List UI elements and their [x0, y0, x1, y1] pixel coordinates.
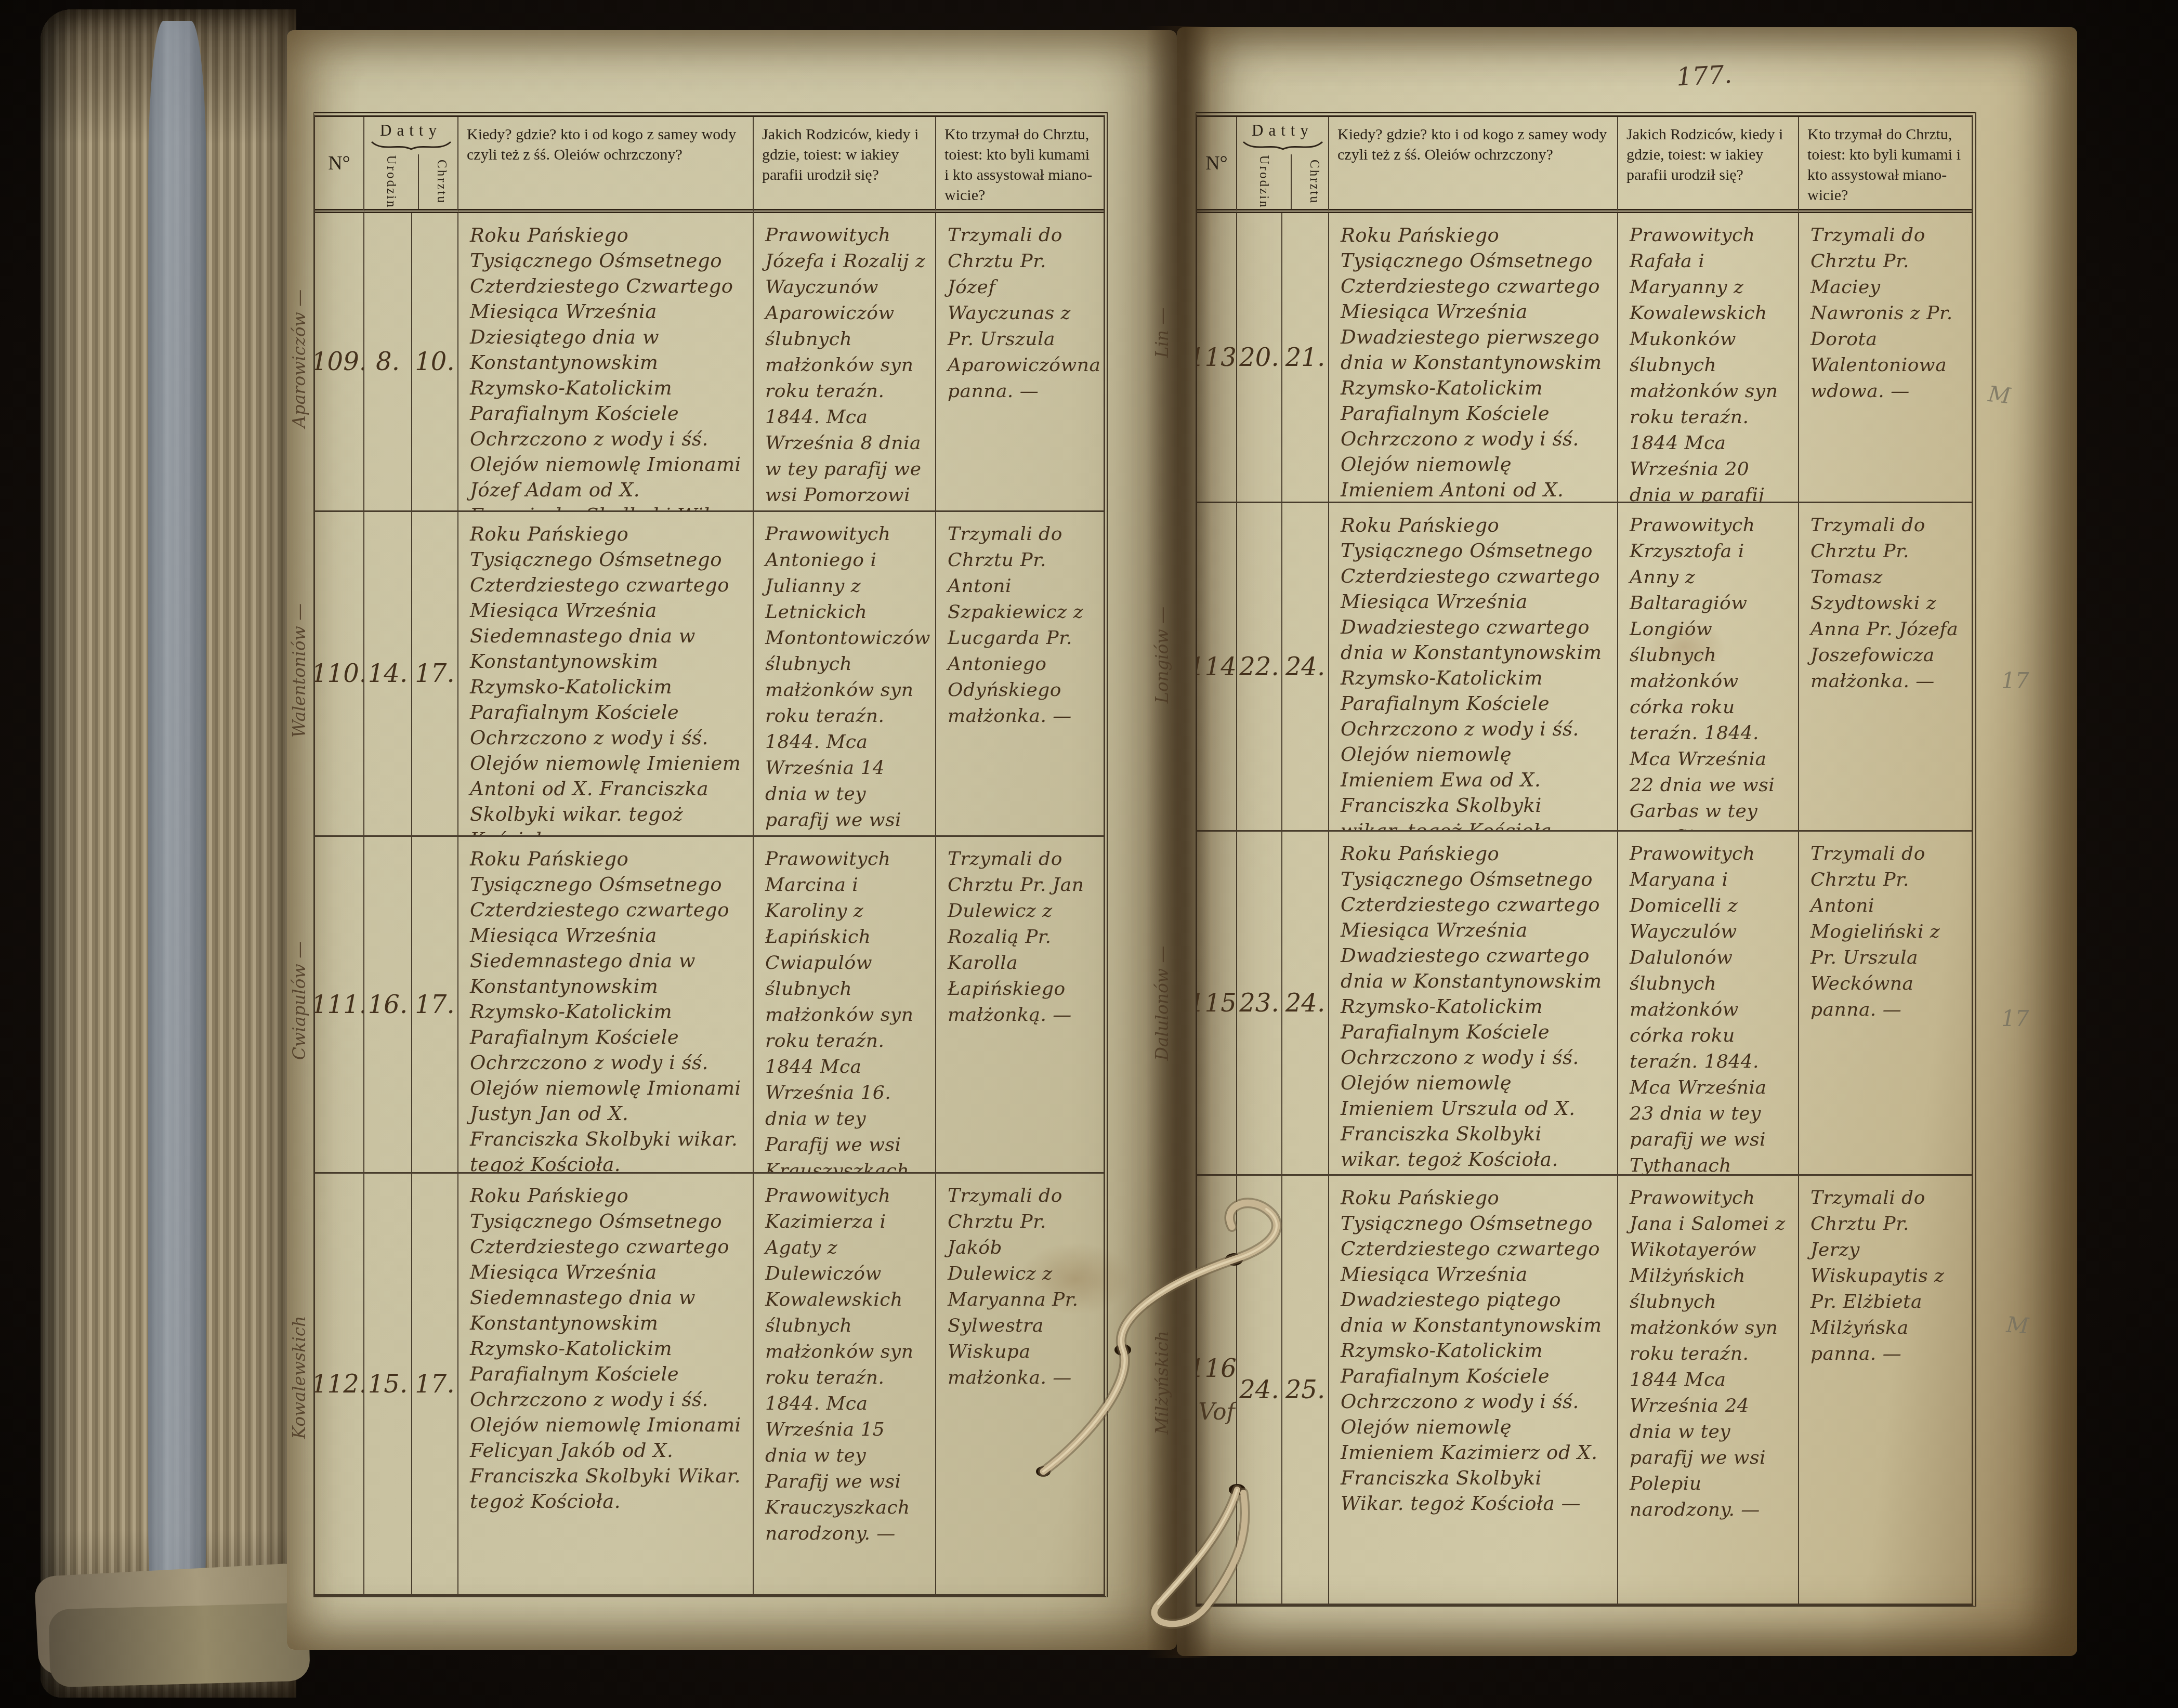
table-row-109-born: 8. — [364, 213, 412, 512]
parents-record: Prawowitych Rafała i Maryanny z Kowalews… — [1630, 222, 1789, 503]
pencil-mark: 17 — [2001, 668, 2029, 693]
header-parents-column: Jakich Rodziców, kiedy i gdzie, toiest: … — [1618, 117, 1799, 213]
table-row-109-no: 109. — [315, 213, 364, 512]
folio-number: 177. — [1676, 60, 1733, 92]
table-row-110-born: 14. — [364, 512, 412, 837]
birth-day: 22. — [1239, 652, 1279, 681]
pencil-mark: M — [1987, 381, 2012, 409]
table-row-113-baptized: 21. — [1282, 213, 1329, 503]
margin-note: Cwiapulów — — [289, 941, 309, 1060]
table-row-109-baptism: Roku Pańskiego Tysiącznego Ośmsetnego Cz… — [458, 213, 754, 512]
margin-note: Dalulonów — — [1152, 945, 1172, 1060]
entry-number: 114. — [1197, 652, 1237, 681]
table-row-116-born: 24. — [1237, 1176, 1282, 1605]
margin-note: Longiów — — [1152, 607, 1172, 703]
baptism-day: 25. — [1285, 1375, 1325, 1404]
entry-number: 110. — [315, 659, 364, 688]
header-datty: Datty Urodzin Chrztu — [1237, 117, 1329, 213]
margin-note: Aparowiczów — — [289, 290, 309, 428]
godparents-record: Trzymali do Chrztu Pr. Jakób Dulewicz z … — [948, 1183, 1094, 1391]
table-row-112-no: 112. — [315, 1174, 364, 1596]
entry-number: 112. — [315, 1370, 364, 1399]
table-row-115-godparents: Trzymali do Chrztu Pr. Antoni Mogielińsk… — [1799, 832, 1972, 1176]
register-table-right: N° Datty Urodzin Chrztu Kiedy? gdzie? kt… — [1196, 112, 1976, 1607]
header-baptism-column: Kiedy? gdzie? kto i od kogo z sa­mey wod… — [458, 117, 754, 213]
datty-label: Datty — [1252, 121, 1314, 140]
header-chrztu-label: Chrztu — [434, 159, 449, 204]
header-no: N° — [315, 117, 364, 213]
header-urodzin-label: Urodzin — [1256, 155, 1271, 208]
entry-number: 109. — [315, 347, 364, 376]
page-edge-blue-band — [148, 21, 206, 1674]
table-row-116-baptism: Roku Pańskiego Tysiącznego Ośmsetnego Cz… — [1329, 1176, 1618, 1605]
table-row-111-godparents: Trzymali do Chrztu Pr. Jan Dulewicz z Ro… — [936, 837, 1104, 1174]
entry-number: 116. — [1197, 1354, 1237, 1383]
table-row-109-baptized: 10. — [412, 213, 458, 512]
header-chrztu: Chrztu — [1291, 154, 1329, 209]
baptism-record: Roku Pańskiego Tysiącznego Ośmsetnego Cz… — [1341, 1185, 1608, 1516]
register-book-scan: 177. N° Datty Urodzin Chrztu Kiedy? gdzi… — [0, 0, 2178, 1708]
baptism-day: 24. — [1285, 989, 1325, 1018]
datty-title: Datty — [1237, 117, 1328, 154]
table-row-112-baptism: Roku Pańskiego Tysiącznego Ośmsetnego Cz… — [458, 1174, 754, 1596]
table-row-111-no: 111. — [315, 837, 364, 1174]
baptism-record: Roku Pańskiego Tysiącznego Ośmsetnego Cz… — [1341, 513, 1608, 832]
baptism-record: Roku Pańskiego Tysiącznego Ośmsetnego Cz… — [470, 1183, 743, 1514]
baptism-day: 10. — [415, 347, 454, 376]
table-row-115-baptism: Roku Pańskiego Tysiącznego Ośmsetnego Cz… — [1329, 832, 1618, 1176]
table-row-111-baptized: 17. — [412, 837, 458, 1174]
table-row-112-baptized: 17. — [412, 1174, 458, 1596]
table-row-111-parents: Prawowitych Marcina i Karoliny z Łapińsk… — [754, 837, 936, 1174]
godparents-record: Trzymali do Chrztu Pr. Józef Wayczunas z… — [948, 222, 1094, 404]
godparents-record: Trzymali do Chrztu Pr. Jan Dulewicz z Ro… — [948, 846, 1094, 1028]
table-row-115-baptized: 24. — [1282, 832, 1329, 1176]
header-urodzin: Urodzin — [364, 154, 418, 209]
parents-record: Prawowitych Antoniego i Julianny z Letni… — [765, 521, 926, 837]
birth-day: 16. — [368, 990, 408, 1019]
baptism-record: Roku Pańskiego Tysiącznego Ośmsetnego Cz… — [1341, 222, 1608, 503]
baptism-day: 24. — [1285, 652, 1325, 681]
table-row-113-parents: Prawowitych Rafała i Maryanny z Kowalews… — [1618, 213, 1799, 503]
table-row-114-no: 114. — [1197, 503, 1237, 832]
table-row-113-baptism: Roku Pańskiego Tysiącznego Ośmsetnego Cz… — [1329, 213, 1618, 503]
entry-number: 111. — [315, 990, 364, 1019]
baptism-record: Roku Pańskiego Tysiącznego Ośmsetnego Cz… — [1341, 841, 1608, 1172]
table-row-115-no: 115. — [1197, 832, 1237, 1176]
table-row-110-no: 110. — [315, 512, 364, 837]
table-row-116-baptized: 25. — [1282, 1176, 1329, 1605]
header-datty: Datty Urodzin Chrztu — [364, 117, 458, 213]
table-row-115-parents: Prawowitych Maryana i Domicelli z Wayczu… — [1618, 832, 1799, 1176]
birth-day: 14. — [368, 659, 408, 688]
margin-note: Kowalewskich — [289, 1316, 309, 1439]
birth-day: 8. — [376, 347, 400, 376]
pencil-mark: M — [2005, 1312, 2029, 1339]
table-row-116-godparents: Trzymali do Chrztu Pr. Jerzy Wiskupaytis… — [1799, 1176, 1972, 1605]
table-row-115-born: 23. — [1237, 832, 1282, 1176]
table-row-110-baptized: 17. — [412, 512, 458, 837]
parents-record: Prawowitych Marcina i Karoliny z Łapińsk… — [765, 846, 926, 1174]
fanned-page-edge — [48, 1602, 310, 1687]
parents-record: Prawowitych Kazimierza i Agaty z Dulewic… — [765, 1183, 926, 1547]
header-chrztu-label: Chrztu — [1307, 159, 1321, 204]
pencil-mark: 17 — [2001, 1006, 2029, 1031]
header-godparents-column: Kto trzymał do Chrztu, toiest: kto byli … — [936, 117, 1104, 213]
table-row-116-parents: Prawowitych Jana i Salomei z Wikotayerów… — [1618, 1176, 1799, 1605]
datty-title: Datty — [364, 117, 457, 154]
birth-day: 20. — [1239, 343, 1279, 372]
table-row-112-parents: Prawowitych Kazimierza i Agaty z Dulewic… — [754, 1174, 936, 1596]
table-row-112-born: 15. — [364, 1174, 412, 1596]
baptism-record: Roku Pańskiego Tysiącznego Ośmsetnego Cz… — [470, 846, 743, 1174]
brace-icon — [1241, 140, 1324, 151]
header-chrztu: Chrztu — [418, 154, 458, 209]
table-row-114-baptized: 24. — [1282, 503, 1329, 832]
margin-note: Lin — — [1152, 307, 1172, 358]
entry-annotation: Vof — [1198, 1399, 1235, 1425]
godparents-record: Trzymali do Chrztu Pr. Antoni Mogielińsk… — [1810, 841, 1962, 1023]
table-row-113-godparents: Trzymali do Chrztu Pr. Maciey Nawronis z… — [1799, 213, 1972, 503]
header-urodzin: Urodzin — [1237, 154, 1291, 209]
godparents-record: Trzymali do Chrztu Pr. Maciey Nawronis z… — [1810, 222, 1962, 404]
baptism-day: 21. — [1285, 343, 1325, 372]
table-row-109-parents: Prawowitych Józefa i Rozalij z Wayczunów… — [754, 213, 936, 512]
table-row-114-parents: Prawowitych Krzysztofa i Anny z Baltarag… — [1618, 503, 1799, 832]
table-row-110-baptism: Roku Pańskiego Tysiącznego Ośmsetnego Cz… — [458, 512, 754, 837]
header-no-label: N° — [1205, 152, 1228, 175]
baptism-day: 17. — [415, 990, 454, 1019]
header-godparents-column: Kto trzymał do Chrztu, toiest: kto byli … — [1799, 117, 1972, 213]
margin-note: Walentoniów — — [289, 603, 309, 738]
header-no: N° — [1197, 117, 1237, 213]
margin-note: Milżyńskich — [1152, 1331, 1172, 1434]
datty-label: Datty — [380, 121, 442, 140]
table-row-113-born: 20. — [1237, 213, 1282, 503]
header-parents-column: Jakich Rodziców, kiedy i gdzie, toiest: … — [754, 117, 936, 213]
table-row-112-godparents: Trzymali do Chrztu Pr. Jakób Dulewicz z … — [936, 1174, 1104, 1596]
parents-record: Prawowitych Maryana i Domicelli z Wayczu… — [1630, 841, 1789, 1176]
header-urodzin-label: Urodzin — [384, 155, 398, 208]
baptism-record: Roku Pańskiego Tysiącznego Ośmsetnego Cz… — [470, 521, 743, 837]
table-row-110-parents: Prawowitych Antoniego i Julianny z Letni… — [754, 512, 936, 837]
entry-number: 115. — [1197, 989, 1237, 1018]
godparents-record: Trzymali do Chrztu Pr. Antoni Szpakiewic… — [948, 521, 1094, 729]
table-row-116-no: 116. Vof — [1197, 1176, 1237, 1605]
table-row-114-born: 22. — [1237, 503, 1282, 832]
register-table-left: N° Datty Urodzin Chrztu Kiedy? gdzie? kt… — [313, 112, 1108, 1597]
godparents-record: Trzymali do Chrztu Pr. Tomasz Szydtowski… — [1810, 513, 1962, 694]
parents-record: Prawowitych Jana i Salomei z Wikotayerów… — [1630, 1185, 1789, 1523]
table-row-111-born: 16. — [364, 837, 412, 1174]
baptism-day: 17. — [415, 1370, 454, 1399]
header-no-label: N° — [328, 152, 350, 175]
table-row-109-godparents: Trzymali do Chrztu Pr. Józef Wayczunas z… — [936, 213, 1104, 512]
header-baptism-column: Kiedy? gdzie? kto i od kogo z sa­mey wod… — [1329, 117, 1618, 213]
birth-day: 23. — [1239, 989, 1279, 1018]
baptism-day: 17. — [415, 659, 454, 688]
table-row-111-baptism: Roku Pańskiego Tysiącznego Ośmsetnego Cz… — [458, 837, 754, 1174]
table-row-114-baptism: Roku Pańskiego Tysiącznego Ośmsetnego Cz… — [1329, 503, 1618, 832]
baptism-record: Roku Pańskiego Tysiącznego Ośmsetnego Cz… — [470, 222, 743, 512]
table-row-114-godparents: Trzymali do Chrztu Pr. Tomasz Szydtowski… — [1799, 503, 1972, 832]
birth-day: 24. — [1239, 1375, 1279, 1404]
parents-record: Prawowitych Józefa i Rozalij z Wayczunów… — [765, 222, 926, 512]
godparents-record: Trzymali do Chrztu Pr. Jerzy Wiskupaytis… — [1810, 1185, 1962, 1367]
table-row-110-godparents: Trzymali do Chrztu Pr. Antoni Szpakiewic… — [936, 512, 1104, 837]
brace-icon — [370, 140, 453, 151]
entry-number: 113. — [1197, 343, 1237, 372]
table-row-113-no: 113. — [1197, 213, 1237, 503]
birth-day: 15. — [368, 1370, 408, 1399]
parents-record: Prawowitych Krzysztofa i Anny z Baltarag… — [1630, 513, 1789, 832]
